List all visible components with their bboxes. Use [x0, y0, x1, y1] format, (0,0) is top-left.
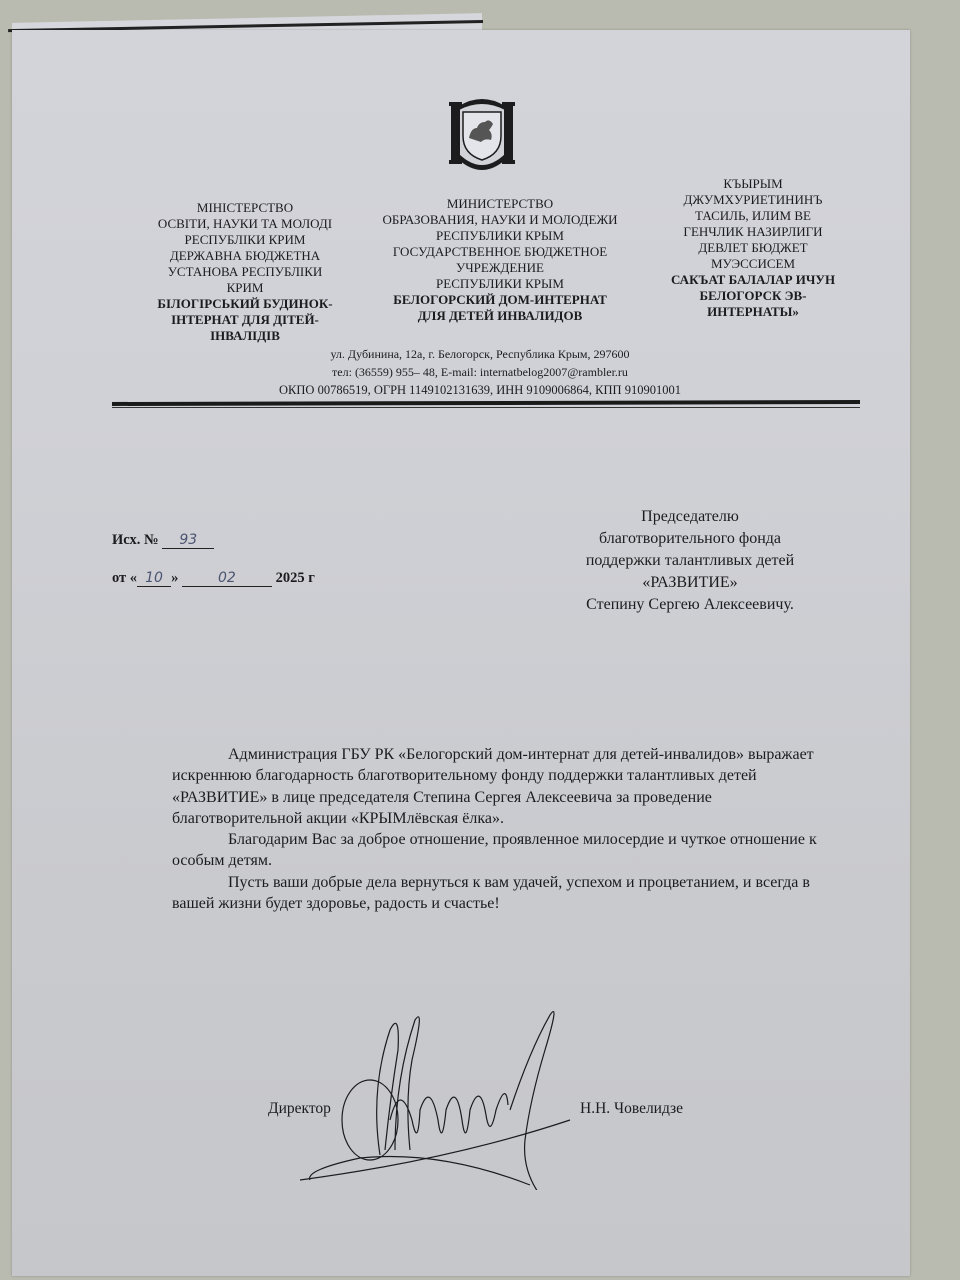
body-paragraph: Пусть ваши добрые дела вернуться к вам у…	[172, 872, 834, 915]
header-line: КРИМ	[120, 280, 370, 296]
addressee-line: «РАЗВИТИЕ»	[530, 572, 850, 594]
header-line: ДЕВЛЕТ БЮДЖЕТ	[628, 240, 878, 256]
header-line: МИНИСТЕРСТВО	[350, 196, 650, 212]
date-mid: »	[171, 570, 178, 586]
body-paragraph: Администрация ГБУ РК «Белогорский дом-ин…	[172, 744, 834, 829]
addressee-line: благотворительного фонда	[530, 528, 850, 550]
address: ул. Дубинина, 12а, г. Белогорск, Республ…	[170, 345, 790, 363]
date-day: 10	[137, 570, 171, 587]
outgoing-number-label: Исх. №	[112, 532, 159, 548]
coat-of-arms-icon	[447, 96, 517, 172]
addressee-line: Председателю	[530, 506, 850, 528]
letter-body: Администрация ГБУ РК «Белогорский дом-ин…	[172, 744, 834, 914]
header-divider-thin	[112, 407, 860, 408]
header-org-name: ІНВАЛІДІВ	[120, 328, 370, 344]
header-line: ДЕРЖАВНА БЮДЖЕТНА	[120, 248, 370, 264]
header-line: ГОСУДАРСТВЕННОЕ БЮДЖЕТНОЕ	[350, 244, 650, 260]
header-line: УСТАНОВА РЕСПУБЛІКИ	[120, 264, 370, 280]
registry-codes: ОКПО 00786519, ОГРН 1149102131639, ИНН 9…	[170, 381, 790, 399]
date-year: 2025 г	[276, 570, 315, 586]
header-org-name: БЕЛОГОРСКИЙ ДОМ-ИНТЕРНАТ	[350, 292, 650, 308]
header-line: УЧРЕЖДЕНИЕ	[350, 260, 650, 276]
outgoing-number: Исх. № 93	[112, 532, 214, 549]
header-line: ОБРАЗОВАНИЯ, НАУКИ И МОЛОДЕЖИ	[350, 212, 650, 228]
header-org-name: ІНТЕРНАТ ДЛЯ ДІТЕЙ-	[120, 312, 370, 328]
addressee-line: Степину Сергею Алексеевичу.	[530, 594, 850, 616]
phone-email: тел: (36559) 955– 48, E-mail: internatbe…	[170, 363, 790, 381]
header-org-name: БЕЛОГОРСК ЭВ-	[628, 288, 878, 304]
header-line: МІНІСТЕРСТВО	[120, 200, 370, 216]
header-russian: МИНИСТЕРСТВО ОБРАЗОВАНИЯ, НАУКИ И МОЛОДЕ…	[350, 196, 650, 324]
header-line: ТАСИЛЬ, ИЛИМ ВЕ	[628, 208, 878, 224]
addressee-block: Председателю благотворительного фонда по…	[530, 506, 850, 616]
header-line: ДЖУМХУРИЕТИНИНЪ	[628, 192, 878, 208]
header-org-name: ДЛЯ ДЕТЕЙ ИНВАЛИДОВ	[350, 308, 650, 324]
header-line: РЕСПУБЛИКИ КРЫМ	[350, 276, 650, 292]
header-line: РЕСПУБЛИКИ КРЫМ	[350, 228, 650, 244]
outgoing-number-value: 93	[162, 532, 214, 549]
contact-block: ул. Дубинина, 12а, г. Белогорск, Республ…	[170, 345, 790, 399]
header-line: РЕСПУБЛІКИ КРИМ	[120, 232, 370, 248]
header-line: МУЭССИСЕМ	[628, 256, 878, 272]
body-paragraph: Благодарим Вас за доброе отношение, проя…	[172, 829, 834, 872]
date-prefix: от «	[112, 570, 137, 586]
header-line: ОСВІТИ, НАУКИ ТА МОЛОДІ	[120, 216, 370, 232]
header-org-name: БІЛОГІРСЬКИЙ БУДИНОК-	[120, 296, 370, 312]
date-month: 02	[182, 570, 272, 587]
addressee-line: поддержки талантливых детей	[530, 550, 850, 572]
header-crimean-tatar: КЪЫРЫМ ДЖУМХУРИЕТИНИНЪ ТАСИЛЬ, ИЛИМ ВЕ Г…	[628, 176, 878, 320]
header-org-name: САКЪАТ БАЛАЛАР ИЧУН	[628, 272, 878, 288]
header-ukrainian: МІНІСТЕРСТВО ОСВІТИ, НАУКИ ТА МОЛОДІ РЕС…	[120, 200, 370, 344]
handwritten-signature-icon	[300, 1010, 600, 1190]
header-line: КЪЫРЫМ	[628, 176, 878, 192]
header-org-name: ИНТЕРНАТЫ»	[628, 304, 878, 320]
outgoing-date: от «10» 02 2025 г	[112, 570, 315, 587]
header-line: ГЕНЧЛИК НАЗИРЛИГИ	[628, 224, 878, 240]
